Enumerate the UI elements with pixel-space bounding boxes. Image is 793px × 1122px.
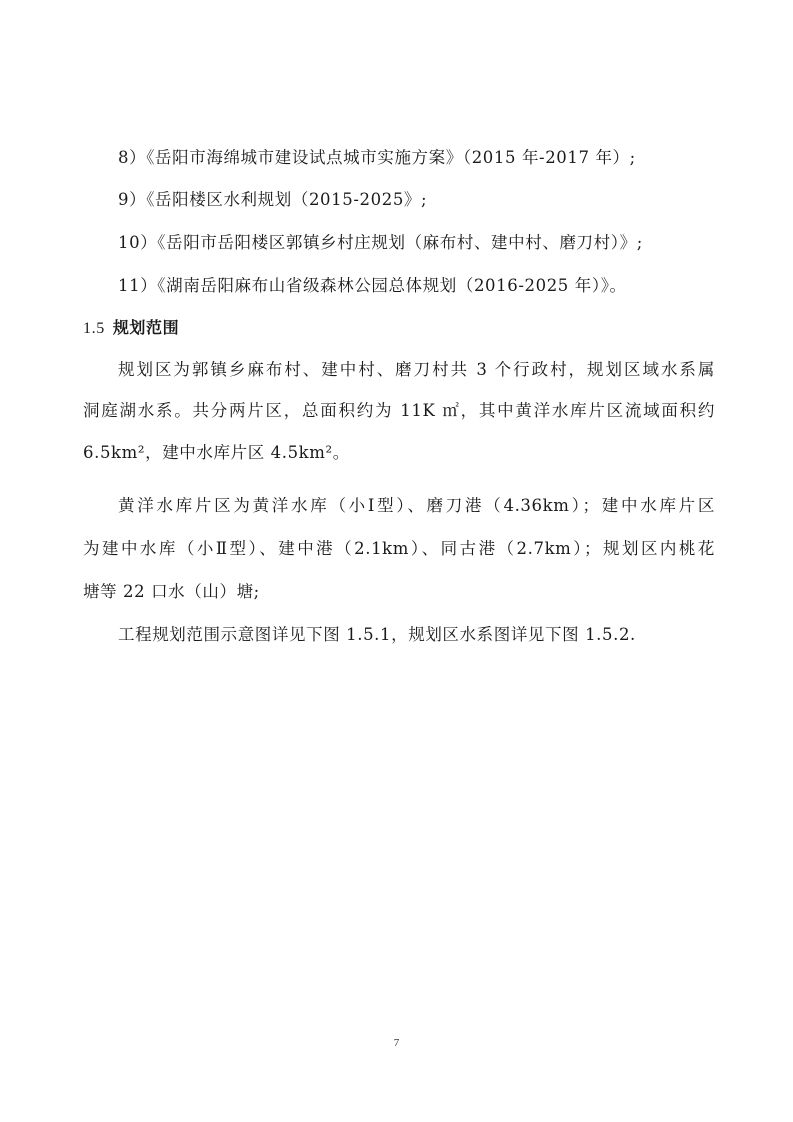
paragraph-1-line-3: 6.5km²，建中水库片区 4.5km²。 [83, 443, 350, 463]
paragraph-2-line-2: 为建中水库（小Ⅱ型）、建中港（2.1km）、同古港（2.7km）；规划区内桃花 [83, 539, 715, 559]
reference-number: 10） [118, 233, 157, 252]
paragraph-1-line-1: 规划区为郭镇乡麻布村、建中村、磨刀村共 3 个行政村，规划区域水系属 [118, 360, 715, 380]
reference-item-11: 11）《湖南岳阳麻布山省级森林公园总体规划（2016-2025 年）》。 [118, 276, 627, 296]
reference-text: 《湖南岳阳麻布山省级森林公园总体规划（2016-2025 年）》。 [157, 276, 626, 295]
reference-text: 《岳阳楼区水利规划（2015-2025》; [146, 190, 427, 209]
page-number: 7 [0, 1037, 793, 1049]
paragraph-2-line-3: 塘等 22 口水（山）塘; [83, 582, 260, 602]
section-heading: 1.5规划范围 [83, 318, 179, 339]
reference-text: 《岳阳市岳阳楼区郭镇乡村庄规划（麻布村、建中村、磨刀村）》; [157, 233, 643, 252]
paragraph-1-line-2: 洞庭湖水系。共分两片区，总面积约为 11K ㎡，其中黄洋水库片区流域面积约 [83, 401, 715, 421]
reference-item-9: 9）《岳阳楼区水利规划（2015-2025》; [118, 190, 427, 210]
reference-text: 《岳阳市海绵城市建设试点城市实施方案》（2015 年-2017 年）; [146, 148, 636, 167]
paragraph-3-line-1: 工程规划范围示意图详见下图 1.5.1，规划区水系图详见下图 1.5.2. [118, 625, 636, 645]
section-number: 1.5 [83, 320, 105, 337]
paragraph-2-line-1: 黄洋水库片区为黄洋水库（小Ⅰ型）、磨刀港（4.36km）；建中水库片区 [118, 496, 715, 516]
document-page: 8）《岳阳市海绵城市建设试点城市实施方案》（2015 年-2017 年）; 9）… [0, 0, 793, 1122]
reference-item-8: 8）《岳阳市海绵城市建设试点城市实施方案》（2015 年-2017 年）; [118, 148, 636, 168]
reference-number: 11） [118, 276, 157, 295]
reference-number: 9） [118, 190, 146, 209]
section-title: 规划范围 [113, 318, 179, 337]
reference-number: 8） [118, 148, 146, 167]
reference-item-10: 10）《岳阳市岳阳楼区郭镇乡村庄规划（麻布村、建中村、磨刀村）》; [118, 233, 643, 253]
